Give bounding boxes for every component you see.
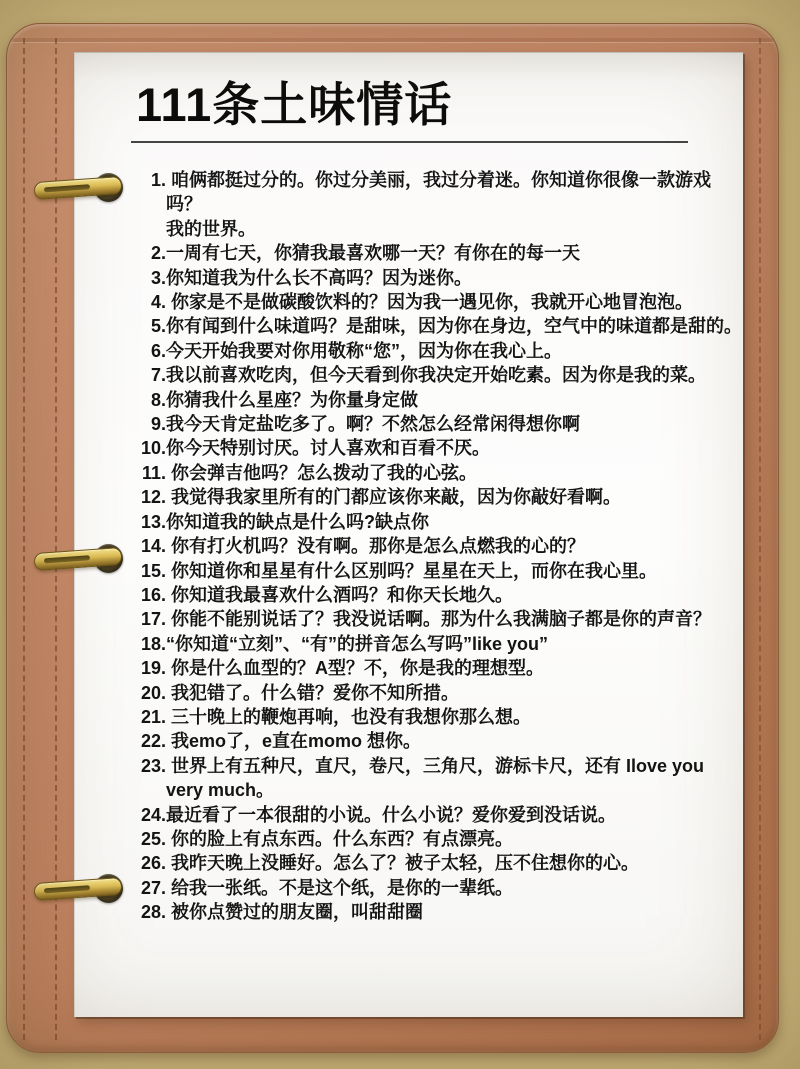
item-text: 最近看了一本很甜的小说。什么小说？爱你爱到没话说。 bbox=[166, 803, 742, 827]
list-item: 5. 你有闻到什么味道吗？是甜味，因为你在身边，空气中的味道都是甜的。 bbox=[112, 314, 742, 338]
notebook-photo: { "title": "111条土味情话", "items": [ {"n": … bbox=[0, 0, 800, 1069]
list-item: 3. 你知道我为什么长不高吗？因为迷你。 bbox=[112, 266, 742, 290]
item-text: 给我一张纸。不是这个纸，是你的一辈纸。 bbox=[166, 876, 742, 900]
list-item: 21. 三十晚上的鞭炮再响，也没有我想你那么想。 bbox=[112, 705, 742, 729]
list-item: 16. 你知道我最喜欢什么酒吗？和你天长地久。 bbox=[112, 583, 742, 607]
list-item: 15. 你知道你和星星有什么区别吗？星星在天上，而你在我心里。 bbox=[112, 559, 742, 583]
list-item: 4. 你家是不是做碳酸饮料的？因为我一遇见你，我就开心地冒泡泡。 bbox=[112, 290, 742, 314]
list-item: 20. 我犯错了。什么错？爱你不知所措。 bbox=[112, 681, 742, 705]
list-item: 27. 给我一张纸。不是这个纸，是你的一辈纸。 bbox=[112, 876, 742, 900]
cover-stitch-line-right bbox=[759, 38, 761, 1040]
list-item: 22. 我emo了，e直在momo 想你。 bbox=[112, 729, 742, 753]
item-text: 世界上有五种尺，直尺，卷尺，三角尺，游标卡尺，还有 Ilove you very… bbox=[166, 754, 742, 803]
ring-clip-slot bbox=[44, 184, 90, 192]
list-item: 12. 我觉得我家里所有的门都应该你来敲，因为你敲好看啊。 bbox=[112, 485, 742, 509]
list-item: 24. 最近看了一本很甜的小说。什么小说？爱你爱到没话说。 bbox=[112, 803, 742, 827]
list-item: 10. 你今天特别讨厌。讨人喜欢和百看不厌。 bbox=[112, 436, 742, 460]
list-item: 14. 你有打火机吗？没有啊。那你是怎么点燃我的心的？ bbox=[112, 534, 742, 558]
item-number: 26. bbox=[112, 851, 166, 875]
list-item: 28. 被你点赞过的朋友圈，叫甜甜圈 bbox=[112, 900, 742, 924]
item-number: 21. bbox=[112, 705, 166, 729]
item-text: 今天开始我要对你用敬称“您”，因为你在我心上。 bbox=[166, 339, 742, 363]
item-text: 你会弹吉他吗？怎么拨动了我的心弦。 bbox=[166, 461, 742, 485]
list-item: 7. 我以前喜欢吃肉，但今天看到你我决定开始吃素。因为你是我的菜。 bbox=[112, 363, 742, 387]
item-text: 你能不能别说话了？我没说话啊。那为什么我满脑子都是你的声音？ bbox=[166, 607, 742, 631]
item-text: 你知道我的缺点是什么吗?缺点你 bbox=[166, 510, 742, 534]
page-title: 111条土味情话 bbox=[136, 79, 452, 132]
binder-ring-top bbox=[34, 173, 134, 201]
list-item: 8. 你猜我什么星座？为你量身定做 bbox=[112, 388, 742, 412]
title-underline bbox=[131, 141, 688, 143]
cover-top-seam bbox=[11, 38, 774, 42]
item-number: 18. bbox=[112, 632, 166, 656]
item-text: 你有打火机吗？没有啊。那你是怎么点燃我的心的？ bbox=[166, 534, 742, 558]
item-number: 20. bbox=[112, 681, 166, 705]
item-text: 三十晚上的鞭炮再响，也没有我想你那么想。 bbox=[166, 705, 742, 729]
item-number: 13. bbox=[112, 510, 166, 534]
item-text: 你有闻到什么味道吗？是甜味，因为你在身边，空气中的味道都是甜的。 bbox=[166, 314, 742, 338]
item-number: 16. bbox=[112, 583, 166, 607]
item-number: 5. bbox=[112, 314, 166, 338]
item-text: 你知道我为什么长不高吗？因为迷你。 bbox=[166, 266, 742, 290]
item-number: 19. bbox=[112, 656, 166, 680]
item-number: 3. bbox=[112, 266, 166, 290]
item-number: 25. bbox=[112, 827, 166, 851]
item-text: 我以前喜欢吃肉，但今天看到你我决定开始吃素。因为你是我的菜。 bbox=[166, 363, 742, 387]
item-text: 你猜我什么星座？为你量身定做 bbox=[166, 388, 742, 412]
item-text: 我觉得我家里所有的门都应该你来敲，因为你敲好看啊。 bbox=[166, 485, 742, 509]
list-item: 13. 你知道我的缺点是什么吗?缺点你 bbox=[112, 510, 742, 534]
item-text: 咱俩都挺过分的。你过分美丽，我过分着迷。你知道你很像一款游戏吗？ 我的世界。 bbox=[166, 168, 742, 241]
ring-clip-slot bbox=[44, 555, 90, 563]
item-text: 你的脸上有点东西。什么东西？有点漂亮。 bbox=[166, 827, 742, 851]
item-text: 我犯错了。什么错？爱你不知所措。 bbox=[166, 681, 742, 705]
item-number: 11. bbox=[112, 461, 166, 485]
list-item: 6. 今天开始我要对你用敬称“您”，因为你在我心上。 bbox=[112, 339, 742, 363]
item-number: 10. bbox=[112, 436, 166, 460]
item-text: 你知道你和星星有什么区别吗？星星在天上，而你在我心里。 bbox=[166, 559, 742, 583]
item-number: 7. bbox=[112, 363, 166, 387]
item-text: 你是什么血型的？A型？不，你是我的理想型。 bbox=[166, 656, 742, 680]
item-number: 12. bbox=[112, 485, 166, 509]
list-item: 25. 你的脸上有点东西。什么东西？有点漂亮。 bbox=[112, 827, 742, 851]
item-text: 我昨天晚上没睡好。怎么了？被子太轻，压不住想你的心。 bbox=[166, 851, 742, 875]
item-number: 4. bbox=[112, 290, 166, 314]
notebook-page: 111条土味情话 1. 咱俩都挺过分的。你过分美丽，我过分着迷。你知道你很像一款… bbox=[74, 52, 743, 1017]
list-item: 23. 世界上有五种尺，直尺，卷尺，三角尺，游标卡尺，还有 Ilove you … bbox=[112, 754, 742, 803]
item-text: 你家是不是做碳酸饮料的？因为我一遇见你，我就开心地冒泡泡。 bbox=[166, 290, 742, 314]
item-number: 23. bbox=[112, 754, 166, 778]
spine-stitch-line-left-1 bbox=[23, 38, 25, 1040]
list-item: 19. 你是什么血型的？A型？不，你是我的理想型。 bbox=[112, 656, 742, 680]
list-item: 9. 我今天肯定盐吃多了。啊？不然怎么经常闲得想你啊 bbox=[112, 412, 742, 436]
binder-ring-bottom bbox=[34, 874, 134, 902]
item-text: 你今天特别讨厌。讨人喜欢和百看不厌。 bbox=[166, 436, 742, 460]
item-text: 我emo了，e直在momo 想你。 bbox=[166, 729, 742, 753]
item-number: 24. bbox=[112, 803, 166, 827]
item-text: 一周有七天，你猜我最喜欢哪一天？有你在的每一天 bbox=[166, 241, 742, 265]
item-text: 我今天肯定盐吃多了。啊？不然怎么经常闲得想你啊 bbox=[166, 412, 742, 436]
item-text: 你知道我最喜欢什么酒吗？和你天长地久。 bbox=[166, 583, 742, 607]
list-item: 18. “你知道“立刻”、“有”的拼音怎么写吗”like you” bbox=[112, 632, 742, 656]
binder-ring-middle bbox=[34, 544, 134, 572]
ring-clip-slot bbox=[44, 885, 90, 893]
item-number: 28. bbox=[112, 900, 166, 924]
pickup-lines-list: 1. 咱俩都挺过分的。你过分美丽，我过分着迷。你知道你很像一款游戏吗？ 我的世界… bbox=[112, 168, 742, 925]
item-number: 6. bbox=[112, 339, 166, 363]
item-text: 被你点赞过的朋友圈，叫甜甜圈 bbox=[166, 900, 742, 924]
item-number: 17. bbox=[112, 607, 166, 631]
item-number: 9. bbox=[112, 412, 166, 436]
item-text: “你知道“立刻”、“有”的拼音怎么写吗”like you” bbox=[166, 632, 742, 656]
list-item: 11. 你会弹吉他吗？怎么拨动了我的心弦。 bbox=[112, 461, 742, 485]
list-item: 1. 咱俩都挺过分的。你过分美丽，我过分着迷。你知道你很像一款游戏吗？ 我的世界… bbox=[112, 168, 742, 241]
list-item: 17. 你能不能别说话了？我没说话啊。那为什么我满脑子都是你的声音？ bbox=[112, 607, 742, 631]
list-item: 26. 我昨天晚上没睡好。怎么了？被子太轻，压不住想你的心。 bbox=[112, 851, 742, 875]
list-item: 2. 一周有七天，你猜我最喜欢哪一天？有你在的每一天 bbox=[112, 241, 742, 265]
item-number: 2. bbox=[112, 241, 166, 265]
item-number: 8. bbox=[112, 388, 166, 412]
item-number: 22. bbox=[112, 729, 166, 753]
